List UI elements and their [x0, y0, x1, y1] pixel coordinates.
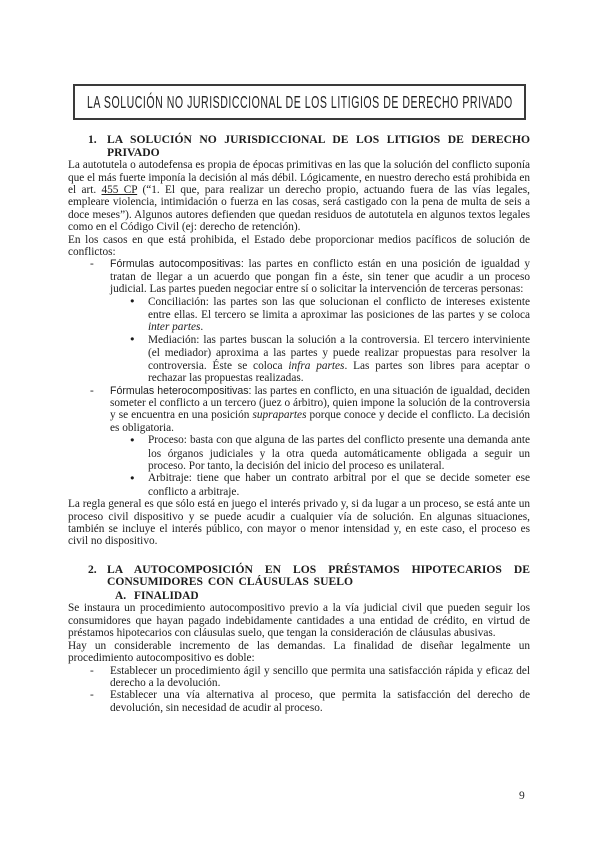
- paragraph-finalidad: Se instaura un procedimiento autocomposi…: [68, 602, 530, 639]
- proceso-text: Proceso: basta con que alguna de las par…: [148, 434, 530, 472]
- article-455-cp-reference: 455 CP: [102, 184, 138, 196]
- section-2-heading-text: LA AUTOCOMPOSICIÓN EN LOS PRÉSTAMOS HIPO…: [107, 563, 530, 589]
- bullet-icon: ●: [130, 435, 135, 444]
- page-number: 9: [519, 790, 525, 802]
- list-item-objetivo-1: -Establecer un procedimiento ágil y senc…: [68, 665, 530, 690]
- mediacion-latin-term: infra partes: [288, 360, 344, 372]
- dash-marker: -: [90, 665, 110, 677]
- bullet-marker: ●: [130, 296, 148, 309]
- bullet-icon: ●: [130, 334, 135, 343]
- dash-marker: -: [90, 385, 110, 397]
- subsection-a-letter: A.: [115, 590, 134, 603]
- formulas-autocompositivas-lead: Fórmulas autocompositivas:: [110, 258, 244, 270]
- bullet-marker: ●: [130, 334, 148, 347]
- bullet-icon: ●: [130, 473, 135, 482]
- list-item-conciliacion: ●Conciliación: las partes son las que so…: [68, 296, 530, 334]
- document-title: LA SOLUCIÓN NO JURISDICCIONAL DE LOS LIT…: [87, 92, 513, 112]
- paragraph-incremento: Hay un considerable incremento de las de…: [68, 640, 530, 665]
- formulas-heterocompositivas-lead: Fórmulas heterocompositivas:: [110, 385, 252, 397]
- dash-marker: -: [90, 258, 110, 270]
- section-2-heading: 2.LA AUTOCOMPOSICIÓN EN LOS PRÉSTAMOS HI…: [68, 564, 530, 589]
- conciliacion-text2: .: [200, 321, 203, 333]
- title-box: LA SOLUCIÓN NO JURISDICCIONAL DE LOS LIT…: [73, 84, 526, 120]
- dash-marker: -: [90, 689, 110, 701]
- list-item-arbitraje: ●Arbitraje: tiene que haber un contrato …: [68, 472, 530, 498]
- paragraph-medios-pacificos: En los casos en que está prohibida, el E…: [68, 234, 530, 259]
- arbitraje-text: Arbitraje: tiene que haber un contrato a…: [148, 472, 530, 497]
- section-1-number: 1.: [88, 134, 107, 147]
- bullet-marker: ●: [130, 434, 148, 447]
- bullet-icon: ●: [130, 296, 135, 305]
- list-item-mediacion: ●Mediación: las partes buscan la solució…: [68, 334, 530, 385]
- list-item-formulas-autocompositivas: -Fórmulas autocompositivas: las partes e…: [68, 258, 530, 295]
- paragraph-autotutela-part2: (“1. El que, para realizar un derecho pr…: [68, 184, 530, 233]
- list-item-formulas-heterocompositivas: -Fórmulas heterocompositivas: las partes…: [68, 385, 530, 435]
- list-item-proceso: ●Proceso: basta con que alguna de las pa…: [68, 434, 530, 472]
- section-1-heading: 1.LA SOLUCIÓN NO JURISDICCIONAL DE LOS L…: [68, 134, 530, 159]
- paragraph-regla-general: La regla general es que sólo está en jue…: [68, 498, 530, 548]
- section-1-heading-text: LA SOLUCIÓN NO JURISDICCIONAL DE LOS LIT…: [107, 133, 530, 159]
- list-item-objetivo-2: -Establecer una vía alternativa al proce…: [68, 689, 530, 714]
- page-content: LA SOLUCIÓN NO JURISDICCIONAL DE LOS LIT…: [68, 0, 530, 714]
- subsection-a-label: FINALIDAD: [134, 590, 199, 602]
- subsection-a-heading: A.FINALIDAD: [68, 590, 530, 603]
- conciliacion-text: Conciliación: las partes son las que sol…: [148, 296, 530, 321]
- objetivo-1-text: Establecer un procedimiento ágil y senci…: [110, 665, 530, 689]
- formulas-heterocompositivas-latin-term: suprapartes: [252, 409, 306, 421]
- bullet-marker: ●: [130, 472, 148, 485]
- section-2-number: 2.: [88, 564, 107, 577]
- objetivo-2-text: Establecer una vía alternativa al proces…: [110, 689, 530, 713]
- conciliacion-latin-term: inter partes: [148, 321, 200, 333]
- paragraph-autotutela: La autotutela o autodefensa es propia de…: [68, 159, 530, 233]
